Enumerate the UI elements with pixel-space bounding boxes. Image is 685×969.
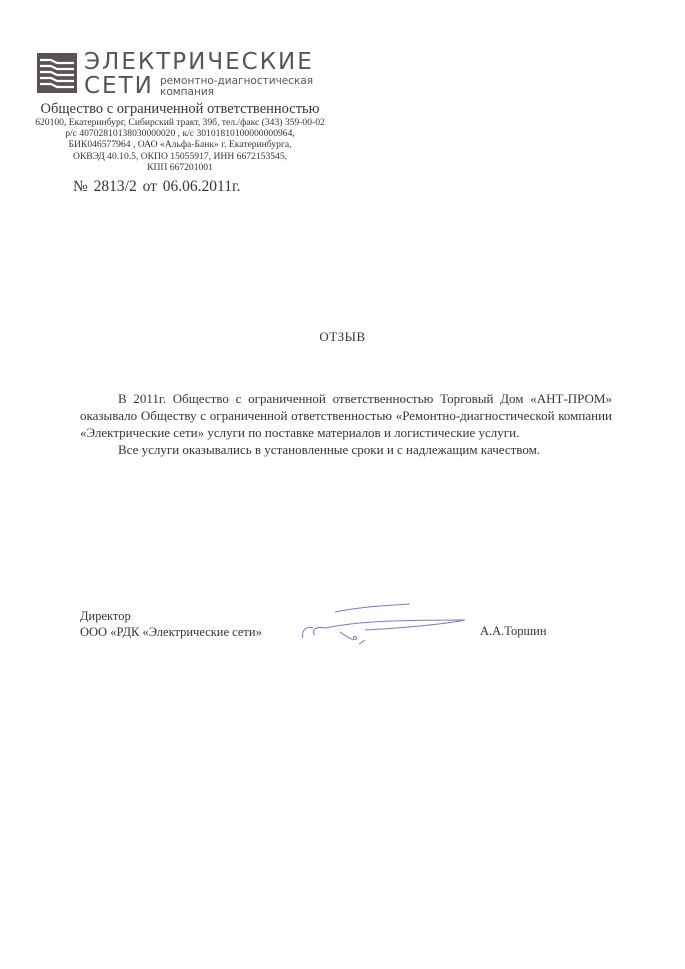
brand-line-2: СЕТИ xyxy=(84,74,154,98)
document-body: В 2011г. Общество с ограниченной ответст… xyxy=(80,390,612,458)
body-paragraph: Все услуги оказывались в установленные с… xyxy=(80,441,612,458)
org-detail-line: БИК046577964 , ОАО «Альфа-Банк» г. Екате… xyxy=(30,139,330,150)
brand-subtitle: ремонтно-диагностическая компания xyxy=(160,76,313,98)
signatory-position: Директор xyxy=(80,608,262,624)
org-detail-line: р/с 40702810138030000020 , к/с 301018101… xyxy=(30,128,330,139)
signatory-organization: ООО «РДК «Электрические сети» xyxy=(80,624,262,640)
org-details: 620100, Екатеринбург, Сибирский тракт, 3… xyxy=(30,117,330,173)
handwritten-signature-icon xyxy=(295,600,475,650)
signatory-title: Директор ООО «РДК «Электрические сети» xyxy=(80,608,262,640)
body-paragraph: В 2011г. Общество с ограниченной ответст… xyxy=(80,390,612,441)
org-detail-line: КПП 667201001 xyxy=(30,162,330,173)
org-detail-line: ОКВЭД 40.10.5, ОКПО 15055917, ИНН 667215… xyxy=(30,151,330,162)
org-name: Общество с ограниченной ответственностью xyxy=(30,101,330,117)
document-reference: № 2813/2 от 06.06.2011г. xyxy=(73,178,240,196)
document-title: ОТЗЫВ xyxy=(0,329,685,345)
power-grid-stripes-icon xyxy=(37,53,77,93)
signatory-name: А.А.Торшин xyxy=(480,624,547,639)
brand-line-1: ЭЛЕКТРИЧЕСКИЕ xyxy=(84,50,314,74)
org-detail-line: 620100, Екатеринбург, Сибирский тракт, 3… xyxy=(30,117,330,128)
brand-subtitle-2: компания xyxy=(160,87,313,98)
